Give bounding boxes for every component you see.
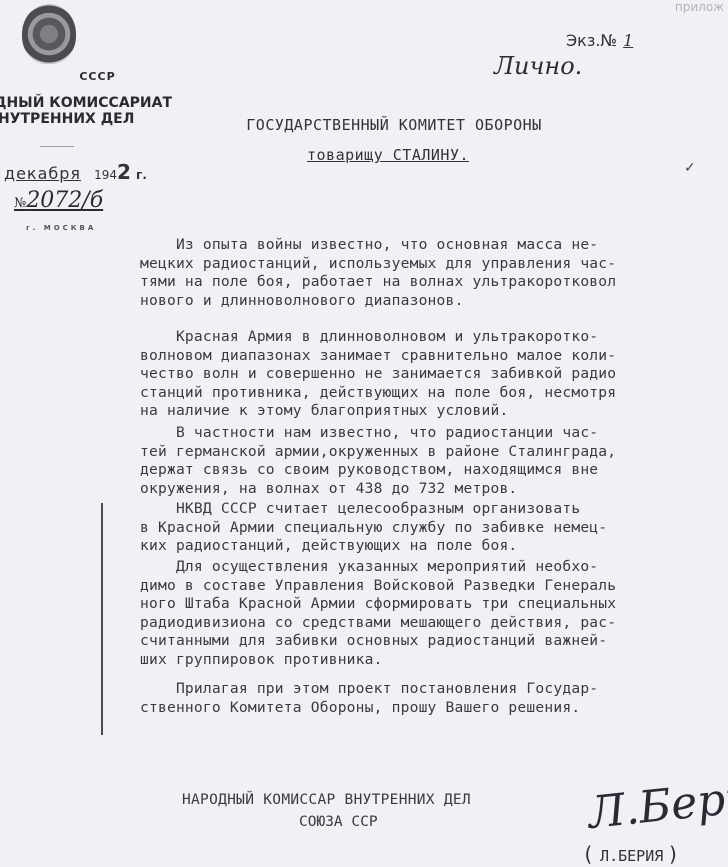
attachment-stamp: прилож: [675, 0, 724, 14]
recipient-person: товарищу СТАЛИНУ.: [24, 146, 728, 164]
margin-mark-line: [101, 503, 103, 735]
signatory-title-line1: НАРОДНЫЙ КОМИССАР ВНУТРЕННИХ ДЕЛ: [182, 792, 471, 808]
copy-number-value: 1: [617, 31, 639, 50]
body-paragraph-4: НКВД СССР считает целесообразным организ…: [140, 500, 728, 556]
document-page: СССР ДНЫЙ КОМИССАРИАТ НУТРЕННИХ ДЕЛ дека…: [0, 0, 728, 867]
letterhead-country: СССР: [20, 70, 175, 83]
body-paragraph-5: Для осуществления указанных мероприятий …: [140, 558, 728, 669]
date-year-prefix: 194: [94, 168, 117, 182]
body-paragraph-6: Прилагая при этом проект постановления Г…: [140, 680, 728, 717]
date-year-abbrev: г.: [136, 168, 147, 182]
body-paragraph-1: Из опыта войны известно, что основная ма…: [140, 236, 728, 310]
copy-number: Экз.№1: [566, 31, 639, 50]
letterhead-org-line1: ДНЫЙ КОМИССАРИАТ: [0, 95, 175, 111]
registration-number: №2072/б: [14, 188, 103, 213]
recipient-person-text: товарищу СТАЛИНУ.: [307, 146, 469, 164]
ussr-coat-of-arms-icon: [22, 4, 76, 64]
handwritten-signature: Л.Берия: [586, 768, 728, 839]
number-sign: №: [14, 196, 26, 211]
handwritten-personal-note: Лично.: [494, 52, 582, 80]
letterhead-city: г. МОСКВА: [26, 224, 96, 232]
signatory-title-line2: СОЮЗА ССР: [299, 814, 378, 830]
signatory-typed-name: Л.БЕРИЯ: [582, 842, 679, 866]
date-month: декабря: [4, 164, 81, 183]
checkmark-icon: ✓: [684, 160, 696, 176]
registration-number-value: 2072/б: [26, 188, 103, 213]
copy-number-label: Экз.№: [566, 31, 617, 50]
recipient-organization: ГОСУДАРСТВЕННЫЙ КОМИТЕТ ОБОРОНЫ: [30, 116, 728, 134]
body-paragraph-2: Красная Армия в длинноволновом и ультрак…: [140, 328, 728, 421]
body-paragraph-3: В частности нам известно, что радиостанц…: [140, 424, 728, 498]
